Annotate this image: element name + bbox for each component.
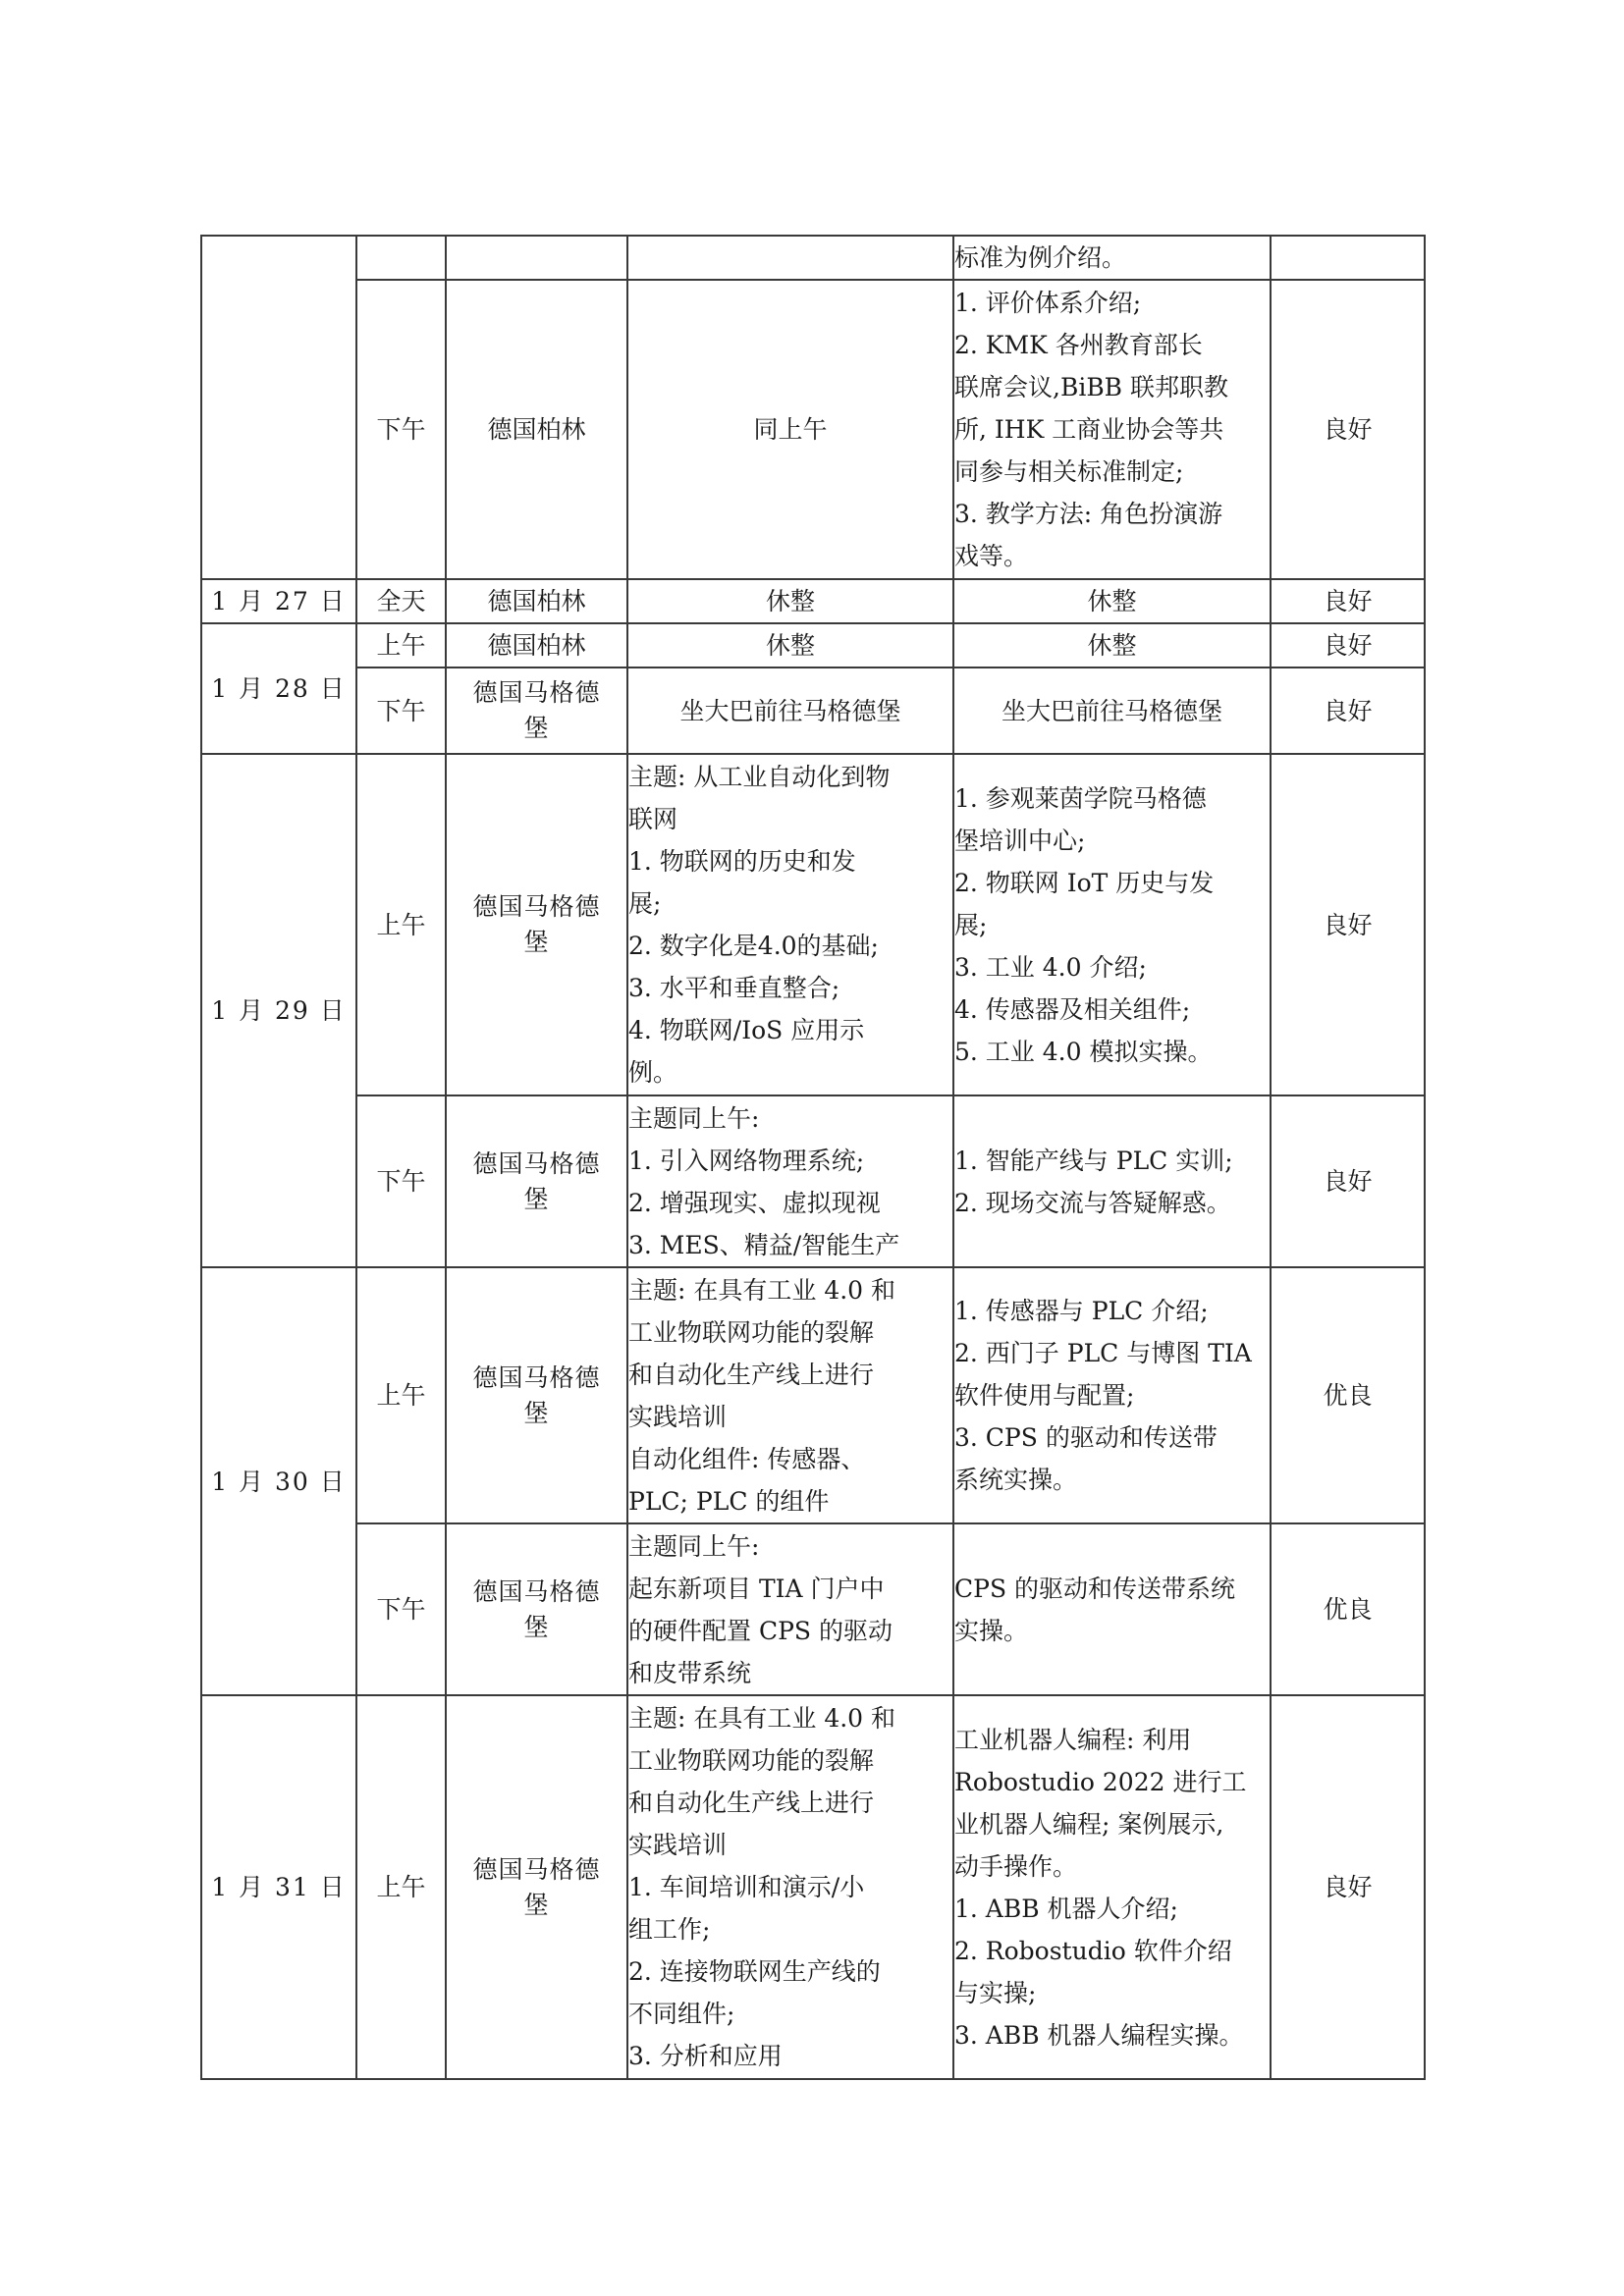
period-cell: 上午: [356, 623, 446, 667]
table-row: 下午 德国马格德 堡 主题同上午: 1. 引入网络物理系统; 2. 增强现实、虚…: [201, 1095, 1425, 1267]
evaluation-cell: 良好: [1271, 1095, 1425, 1267]
planned-cell: 主题同上午: 起东新项目 TIA 门户中 的硬件配置 CPS 的驱动 和皮带系统: [627, 1523, 953, 1695]
schedule-table: 标准为例介绍。 下午 德国柏林 同上午 1. 评价体系介绍; 2. KMK 各州…: [200, 235, 1426, 2080]
location-cell: 德国马格德 堡: [446, 1695, 627, 2079]
actual-cell: 1. 智能产线与 PLC 实训; 2. 现场交流与答疑解惑。: [953, 1095, 1271, 1267]
evaluation-cell: 优良: [1271, 1267, 1425, 1523]
planned-cell: 休整: [627, 623, 953, 667]
evaluation-cell: 良好: [1271, 280, 1425, 579]
period-cell: 上午: [356, 754, 446, 1095]
actual-cell: 休整: [953, 579, 1271, 623]
date-cell: 1 月 31 日: [201, 1695, 356, 2079]
actual-cell: 标准为例介绍。: [953, 236, 1271, 280]
period-cell: 全天: [356, 579, 446, 623]
evaluation-cell: 良好: [1271, 579, 1425, 623]
location-cell: 德国柏林: [446, 280, 627, 579]
table-row: 标准为例介绍。: [201, 236, 1425, 280]
table-row: 下午 德国柏林 同上午 1. 评价体系介绍; 2. KMK 各州教育部长 联席会…: [201, 280, 1425, 579]
actual-cell: 休整: [953, 623, 1271, 667]
evaluation-cell: 优良: [1271, 1523, 1425, 1695]
evaluation-cell: 良好: [1271, 754, 1425, 1095]
actual-cell: 1. 参观莱茵学院马格德 堡培训中心; 2. 物联网 IoT 历史与发 展; 3…: [953, 754, 1271, 1095]
planned-cell: 坐大巴前往马格德堡: [627, 667, 953, 754]
actual-cell: 1. 评价体系介绍; 2. KMK 各州教育部长 联席会议,BiBB 联邦职教 …: [953, 280, 1271, 579]
date-cell: 1 月 27 日: [201, 579, 356, 623]
period-cell: 上午: [356, 1267, 446, 1523]
planned-cell: 休整: [627, 579, 953, 623]
evaluation-cell: 良好: [1271, 623, 1425, 667]
table-row: 1 月 30 日 上午 德国马格德 堡 主题: 在具有工业 4.0 和 工业物联…: [201, 1267, 1425, 1523]
planned-cell: [627, 236, 953, 280]
planned-cell: 主题: 从工业自动化到物 联网 1. 物联网的历史和发 展; 2. 数字化是4.…: [627, 754, 953, 1095]
location-cell: [446, 236, 627, 280]
evaluation-cell: 良好: [1271, 1695, 1425, 2079]
date-cell: 1 月 28 日: [201, 623, 356, 754]
table-row: 下午 德国马格德 堡 坐大巴前往马格德堡 坐大巴前往马格德堡 良好: [201, 667, 1425, 754]
period-cell: 下午: [356, 1095, 446, 1267]
location-cell: 德国马格德 堡: [446, 1095, 627, 1267]
table-row: 1 月 29 日 上午 德国马格德 堡 主题: 从工业自动化到物 联网 1. 物…: [201, 754, 1425, 1095]
actual-cell: 坐大巴前往马格德堡: [953, 667, 1271, 754]
location-cell: 德国柏林: [446, 579, 627, 623]
location-cell: 德国马格德 堡: [446, 667, 627, 754]
planned-cell: 主题: 在具有工业 4.0 和 工业物联网功能的裂解 和自动化生产线上进行 实践…: [627, 1695, 953, 2079]
table-row: 1 月 31 日 上午 德国马格德 堡 主题: 在具有工业 4.0 和 工业物联…: [201, 1695, 1425, 2079]
location-cell: 德国马格德 堡: [446, 1267, 627, 1523]
actual-cell: 1. 传感器与 PLC 介绍; 2. 西门子 PLC 与博图 TIA 软件使用与…: [953, 1267, 1271, 1523]
planned-cell: 主题: 在具有工业 4.0 和 工业物联网功能的裂解 和自动化生产线上进行 实践…: [627, 1267, 953, 1523]
date-cell: [201, 236, 356, 579]
period-cell: 下午: [356, 1523, 446, 1695]
period-cell: 下午: [356, 280, 446, 579]
planned-cell: 主题同上午: 1. 引入网络物理系统; 2. 增强现实、虚拟现视 3. MES、…: [627, 1095, 953, 1267]
date-cell: 1 月 29 日: [201, 754, 356, 1267]
period-cell: [356, 236, 446, 280]
table-row: 下午 德国马格德 堡 主题同上午: 起东新项目 TIA 门户中 的硬件配置 CP…: [201, 1523, 1425, 1695]
location-cell: 德国马格德 堡: [446, 1523, 627, 1695]
location-cell: 德国柏林: [446, 623, 627, 667]
planned-cell: 同上午: [627, 280, 953, 579]
table-row: 1 月 28 日 上午 德国柏林 休整 休整 良好: [201, 623, 1425, 667]
date-cell: 1 月 30 日: [201, 1267, 356, 1695]
table-row: 1 月 27 日 全天 德国柏林 休整 休整 良好: [201, 579, 1425, 623]
actual-cell: CPS 的驱动和传送带系统 实操。: [953, 1523, 1271, 1695]
evaluation-cell: 良好: [1271, 667, 1425, 754]
evaluation-cell: [1271, 236, 1425, 280]
period-cell: 下午: [356, 667, 446, 754]
location-cell: 德国马格德 堡: [446, 754, 627, 1095]
actual-cell: 工业机器人编程: 利用 Robostudio 2022 进行工 业机器人编程; …: [953, 1695, 1271, 2079]
period-cell: 上午: [356, 1695, 446, 2079]
